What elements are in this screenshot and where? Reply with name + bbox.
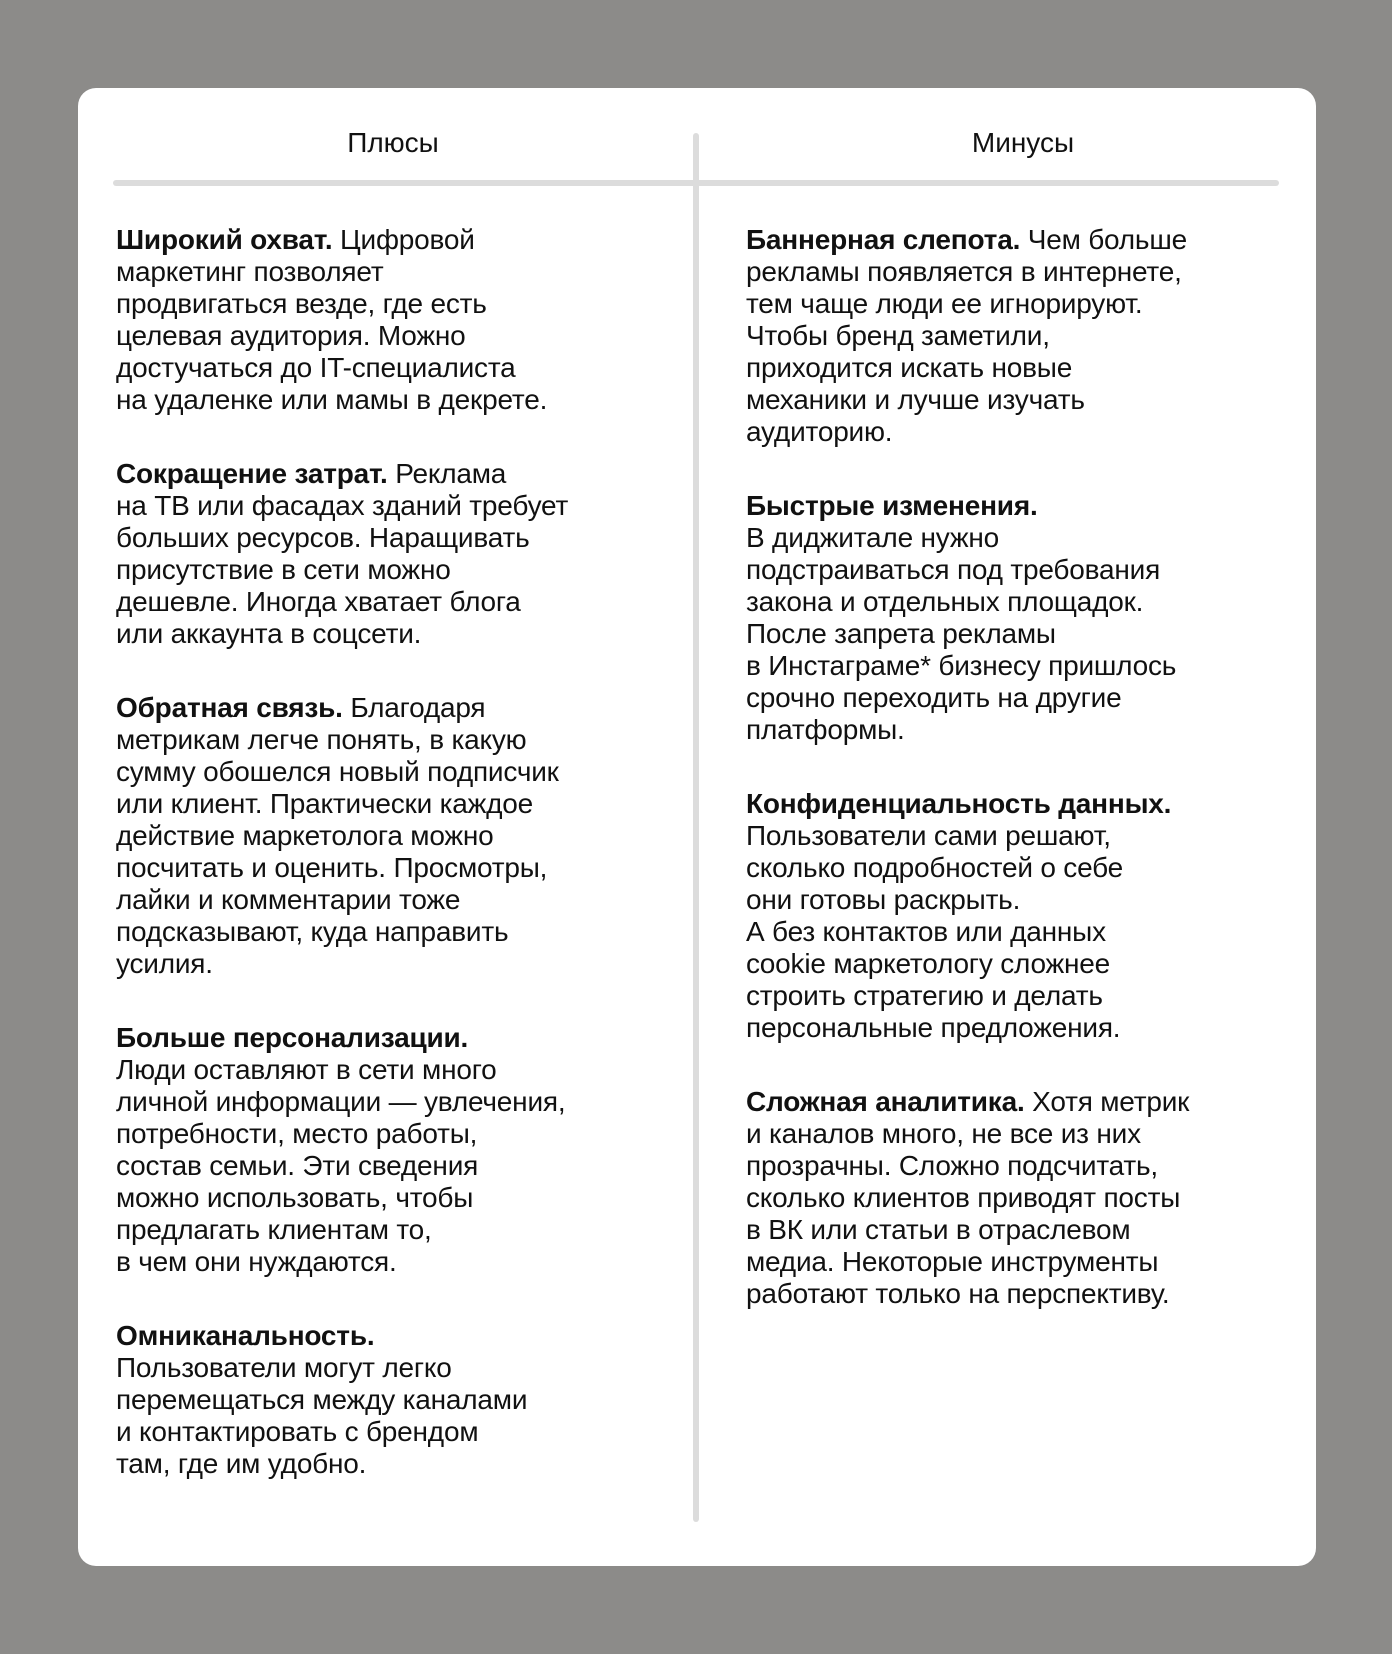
item-text-line: действие маркетолога можно: [116, 820, 696, 852]
item-text-line: сумму обошелся новый подписчик: [116, 756, 696, 788]
pros-item: Больше персонализации.Люди оставляют в с…: [116, 1022, 696, 1278]
item-text-line: А без контактов или данных: [746, 916, 1326, 948]
item-text-line: После запрета рекламы: [746, 618, 1326, 650]
pros-item: Обратная связь. Благодаряметрикам легче …: [116, 692, 696, 980]
item-first-line: Сложная аналитика. Хотя метрик: [746, 1086, 1326, 1118]
item-text-line: и контактировать с брендом: [116, 1416, 696, 1448]
item-text-line: состав семьи. Эти сведения: [116, 1150, 696, 1182]
item-text-line: персональные предложения.: [746, 1012, 1326, 1044]
item-text-line: на ТВ или фасадах зданий требует: [116, 490, 696, 522]
item-text-line: больших ресурсов. Наращивать: [116, 522, 696, 554]
item-text-line: или аккаунта в соцсети.: [116, 618, 696, 650]
item-text-line: срочно переходить на другие: [746, 682, 1326, 714]
cons-item: Быстрые изменения.В диджитале нужноподст…: [746, 490, 1326, 746]
item-title: Омниканальность.: [116, 1320, 374, 1351]
item-title: Сокращение затрат.: [116, 458, 388, 489]
item-text-line: и каналов много, не все из них: [746, 1118, 1326, 1150]
item-text-line: на удаленке или мамы в декрете.: [116, 384, 696, 416]
item-text-line: платформы.: [746, 714, 1326, 746]
item-text-line: Чтобы бренд заметили,: [746, 320, 1326, 352]
item-title: Обратная связь.: [116, 692, 343, 723]
item-text-line: дешевле. Иногда хватает блога: [116, 586, 696, 618]
item-first-line: Широкий охват. Цифровой: [116, 224, 696, 256]
item-text-line: cookie маркетологу сложнее: [746, 948, 1326, 980]
item-text-line: присутствие в сети можно: [116, 554, 696, 586]
item-text-line: механики и лучше изучать: [746, 384, 1326, 416]
item-text-line: В диджитале нужно: [746, 522, 1326, 554]
item-first-line: Баннерная слепота. Чем больше: [746, 224, 1326, 256]
cons-column: Баннерная слепота. Чем большерекламы поя…: [746, 224, 1326, 1352]
item-text-line: в Инстаграме* бизнесу пришлось: [746, 650, 1326, 682]
item-text: Реклама: [388, 458, 507, 489]
item-title: Быстрые изменения.: [746, 490, 1038, 521]
item-text-line: тем чаще люди ее игнорируют.: [746, 288, 1326, 320]
pros-column: Широкий охват. Цифровоймаркетинг позволя…: [116, 224, 696, 1522]
item-text: Чем больше: [1020, 224, 1187, 255]
item-text-line: Пользователи сами решают,: [746, 820, 1326, 852]
item-text-line: прозрачны. Сложно подсчитать,: [746, 1150, 1326, 1182]
item-text-line: подсказывают, куда направить: [116, 916, 696, 948]
pros-item: Омниканальность.Пользователи могут легко…: [116, 1320, 696, 1480]
item-text-line: строить стратегию и делать: [746, 980, 1326, 1012]
item-first-line: Больше персонализации.: [116, 1022, 696, 1054]
item-title: Широкий охват.: [116, 224, 332, 255]
item-text-line: рекламы появляется в интернете,: [746, 256, 1326, 288]
item-text-line: усилия.: [116, 948, 696, 980]
cons-item: Сложная аналитика. Хотя метрики каналов …: [746, 1086, 1326, 1310]
item-text-line: предлагать клиентам то,: [116, 1214, 696, 1246]
item-text-line: Люди оставляют в сети много: [116, 1054, 696, 1086]
cons-header: Минусы: [743, 126, 1303, 160]
cons-item: Конфиденциальность данных.Пользователи с…: [746, 788, 1326, 1044]
item-text-line: там, где им удобно.: [116, 1448, 696, 1480]
item-text-line: подстраиваться под требования: [746, 554, 1326, 586]
item-text: Цифровой: [332, 224, 474, 255]
item-first-line: Омниканальность.: [116, 1320, 696, 1352]
item-title: Конфиденциальность данных.: [746, 788, 1171, 819]
item-text-line: сколько клиентов приводят посты: [746, 1182, 1326, 1214]
item-first-line: Сокращение затрат. Реклама: [116, 458, 696, 490]
item-text-line: работают только на перспективу.: [746, 1278, 1326, 1310]
item-text: Благодаря: [343, 692, 486, 723]
item-text: Хотя метрик: [1025, 1086, 1190, 1117]
pros-cons-card: Плюсы Минусы Широкий охват. Цифровоймарк…: [78, 88, 1316, 1566]
item-title: Сложная аналитика.: [746, 1086, 1025, 1117]
item-text-line: достучаться до IT-специалиста: [116, 352, 696, 384]
pros-item: Широкий охват. Цифровоймаркетинг позволя…: [116, 224, 696, 416]
item-text-line: метрикам легче понять, в какую: [116, 724, 696, 756]
item-text-line: или клиент. Практически каждое: [116, 788, 696, 820]
item-title: Больше персонализации.: [116, 1022, 468, 1053]
item-text-line: маркетинг позволяет: [116, 256, 696, 288]
item-text-line: перемещаться между каналами: [116, 1384, 696, 1416]
item-first-line: Обратная связь. Благодаря: [116, 692, 696, 724]
item-text-line: они готовы раскрыть.: [746, 884, 1326, 916]
pros-header: Плюсы: [113, 126, 673, 160]
item-text-line: сколько подробностей о себе: [746, 852, 1326, 884]
item-first-line: Конфиденциальность данных.: [746, 788, 1326, 820]
pros-item: Сокращение затрат. Рекламана ТВ или фаса…: [116, 458, 696, 650]
cons-item: Баннерная слепота. Чем большерекламы поя…: [746, 224, 1326, 448]
item-text-line: в ВК или статьи в отраслевом: [746, 1214, 1326, 1246]
item-first-line: Быстрые изменения.: [746, 490, 1326, 522]
item-text-line: личной информации — увлечения,: [116, 1086, 696, 1118]
item-text-line: в чем они нуждаются.: [116, 1246, 696, 1278]
item-text-line: посчитать и оценить. Просмотры,: [116, 852, 696, 884]
item-text-line: закона и отдельных площадок.: [746, 586, 1326, 618]
item-text-line: медиа. Некоторые инструменты: [746, 1246, 1326, 1278]
item-text-line: лайки и комментарии тоже: [116, 884, 696, 916]
item-text-line: аудиторию.: [746, 416, 1326, 448]
item-text-line: Пользователи могут легко: [116, 1352, 696, 1384]
item-text-line: потребности, место работы,: [116, 1118, 696, 1150]
item-text-line: можно использовать, чтобы: [116, 1182, 696, 1214]
item-title: Баннерная слепота.: [746, 224, 1020, 255]
item-text-line: продвигаться везде, где есть: [116, 288, 696, 320]
item-text-line: целевая аудитория. Можно: [116, 320, 696, 352]
item-text-line: приходится искать новые: [746, 352, 1326, 384]
